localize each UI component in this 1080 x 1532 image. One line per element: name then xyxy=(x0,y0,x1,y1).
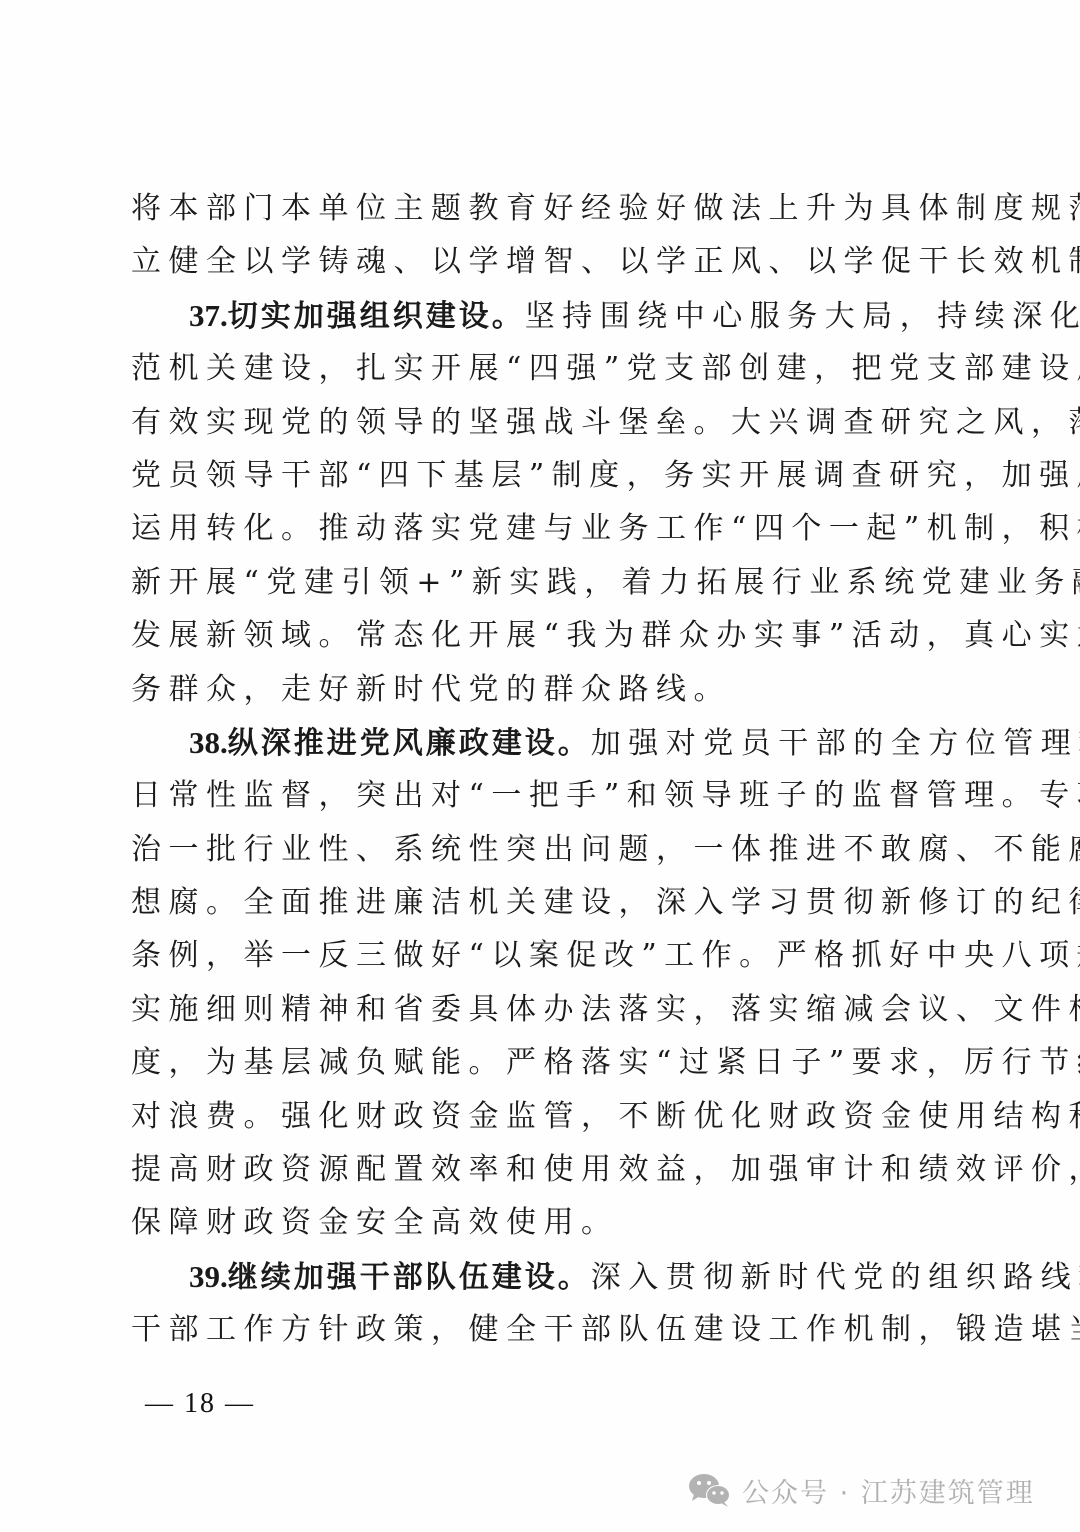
section-title: 纵深推进党风廉政建设。 xyxy=(228,726,591,761)
text-line: 干部工作方针政策，健全干部队伍建设工作机制，锻造堪当现代 xyxy=(131,1303,951,1356)
text-line: 日常性监督，突出对“一把手”和领导班子的监督管理。专项整 xyxy=(131,769,951,822)
section-number: 37. xyxy=(189,298,228,333)
text-line: 条例，举一反三做好“以案促改”工作。严格抓好中央八项规定 xyxy=(131,929,951,982)
text-line: 运用转化。推动落实党建与业务工作“四个一起”机制，积极创 xyxy=(131,502,951,555)
text-line: 提高财政资源配置效率和使用效益，加强审计和绩效评价，切实 xyxy=(131,1143,951,1196)
text-line: 保障财政资金安全高效使用。 xyxy=(131,1196,951,1249)
section-39-heading-line: 39.继续加强干部队伍建设。深入贯彻新时代党的组织路线和 xyxy=(131,1250,951,1303)
text-line: 度，为基层减负赋能。严格落实“过紧日子”要求，厉行节约反 xyxy=(131,1036,951,1089)
text-line: 想腐。全面推进廉洁机关建设，深入学习贯彻新修订的纪律处分 xyxy=(131,876,951,929)
text-line: 治一批行业性、系统性突出问题，一体推进不敢腐、不能腐、不 xyxy=(131,823,951,876)
section-title: 继续加强干部队伍建设。 xyxy=(228,1260,591,1295)
section-37-heading-line: 37.切实加强组织建设。坚持围绕中心服务大局，持续深化模 xyxy=(131,289,951,342)
text-line: 范机关建设，扎实开展“四强”党支部创建，把党支部建设成为 xyxy=(131,342,951,395)
text-line: 务群众，走好新时代党的群众路线。 xyxy=(131,663,951,716)
text-line: 实施细则精神和省委具体办法落实，落实缩减会议、文件相关制 xyxy=(131,983,951,1036)
section-38-heading-line: 38.纵深推进党风廉政建设。加强对党员干部的全方位管理和 xyxy=(131,716,951,769)
section-heading: 37.切实加强组织建设。 xyxy=(189,299,525,334)
text-line: 深入贯彻新时代党的组织路线和 xyxy=(591,1260,1080,1295)
section-heading: 39.继续加强干部队伍建设。 xyxy=(189,1260,591,1295)
section-number: 38. xyxy=(189,725,228,760)
section-heading: 38.纵深推进党风廉政建设。 xyxy=(189,726,591,761)
document-body: 将本部门本单位主题教育好经验好做法上升为具体制度规范，建 立健全以学铸魂、以学增… xyxy=(131,182,951,1357)
text-line: 坚持围绕中心服务大局，持续深化模 xyxy=(525,299,1080,334)
text-line: 对浪费。强化财政资金监管，不断优化财政资金使用结构和方式， xyxy=(131,1090,951,1143)
text-line: 加强对党员干部的全方位管理和 xyxy=(591,726,1080,761)
text-line: 有效实现党的领导的坚强战斗堡垒。大兴调查研究之风，落实好 xyxy=(131,396,951,449)
text-line: 发展新领域。常态化开展“我为群众办实事”活动，真心实意服 xyxy=(131,609,951,662)
wechat-icon xyxy=(688,1472,732,1508)
text-line: 立健全以学铸魂、以学增智、以学正风、以学促干长效机制。 xyxy=(131,235,951,288)
wechat-watermark: 公众号 · 江苏建筑管理 xyxy=(688,1470,1035,1510)
text-line: 将本部门本单位主题教育好经验好做法上升为具体制度规范，建 xyxy=(131,182,951,235)
text-line: 党员领导干部“四下基层”制度，务实开展调查研究，加强成果 xyxy=(131,449,951,502)
text-line: 新开展“党建引领+”新实践，着力拓展行业系统党建业务融合 xyxy=(131,556,951,609)
watermark-label: 公众号 · 江苏建筑管理 xyxy=(742,1471,1035,1510)
page-number: — 18 — xyxy=(145,1388,255,1420)
section-title: 切实加强组织建设。 xyxy=(228,299,525,334)
document-page: 将本部门本单位主题教育好经验好做法上升为具体制度规范，建 立健全以学铸魂、以学增… xyxy=(0,0,1080,1532)
section-number: 39. xyxy=(189,1259,228,1294)
